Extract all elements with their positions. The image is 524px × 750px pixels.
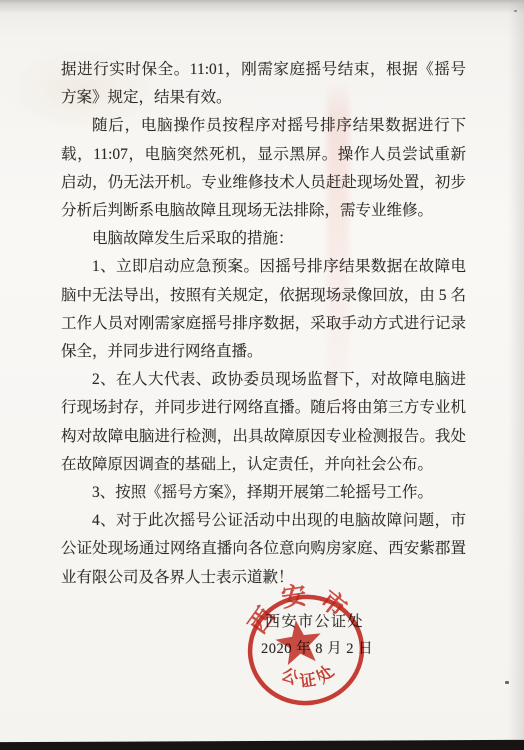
scan-speck <box>514 10 517 12</box>
scan-speck <box>505 681 509 684</box>
body-paragraph: 3、按照《摇号方案》，择期开展第二轮摇号工作。 <box>61 479 466 507</box>
scan-edge-right <box>508 0 524 750</box>
body-paragraph: 2、在人大代表、政协委员现场监督下，对故障电脑进行现场封存，并同步进行网络直播。… <box>61 366 466 479</box>
document-body: 据进行实时保全。11:01，刚需家庭摇号结束，根据《摇号方案》规定，结果有效。随… <box>61 56 466 592</box>
seal-arc-bottom-text: 公证处 <box>276 656 343 694</box>
scan-edge-bottom <box>0 740 524 750</box>
scan-edge-top <box>0 0 524 16</box>
body-paragraph: 4、对于此次摇号公证活动中出现的电脑故障问题，市公证处现场通过网络直播向各位意向… <box>61 507 466 592</box>
body-paragraph: 1、立即启动应急预案。因摇号排序结果数据在故障电脑中无法导出，按照有关规定，依据… <box>61 253 466 366</box>
body-paragraph: 随后，电脑操作员按程序对摇号排序结果数据进行下载，11:07，电脑突然死机，显示… <box>61 112 466 225</box>
official-seal: 西安市 公证处 <box>227 571 385 729</box>
scanned-document-page: 据进行实时保全。11:01，刚需家庭摇号结束，根据《摇号方案》规定，结果有效。随… <box>0 0 524 750</box>
body-paragraph: 电脑故障发生后采取的措施： <box>61 225 466 253</box>
star-icon <box>273 617 324 666</box>
body-paragraph: 据进行实时保全。11:01，刚需家庭摇号结束，根据《摇号方案》规定，结果有效。 <box>61 56 466 112</box>
